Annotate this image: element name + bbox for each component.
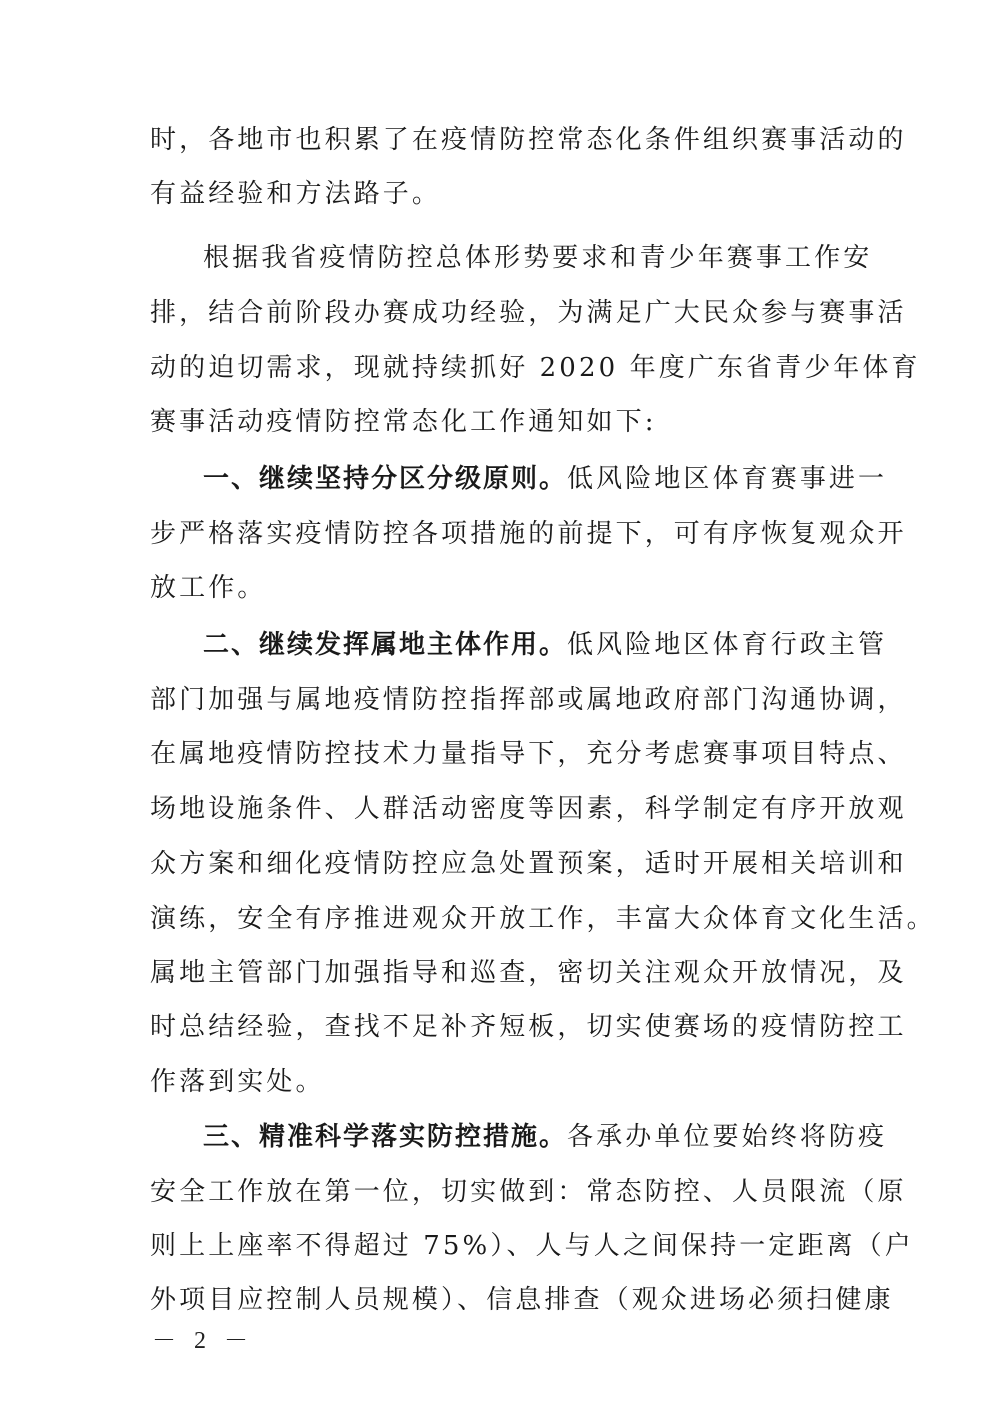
paragraph-line: 时，各地市也积累了在疫情防控常态化条件组织赛事活动的 bbox=[150, 124, 850, 156]
section-heading: 一、继续坚持分区分级原则。 bbox=[203, 464, 567, 494]
paragraph-line: 众方案和细化疫情防控应急处置预案，适时开展相关培训和 bbox=[150, 848, 850, 880]
paragraph-line: 时总结经验，查找不足补齐短板，切实使赛场的疫情防控工 bbox=[150, 1011, 850, 1043]
page-number: － 2 － bbox=[152, 1326, 254, 1356]
paragraph-line: 作落到实处。 bbox=[150, 1066, 850, 1098]
section-text: 低风险地区体育行政主管 bbox=[567, 630, 887, 660]
paragraph-line: 在属地疫情防控技术力量指导下，充分考虑赛事项目特点、 bbox=[150, 738, 850, 770]
section-3-first-line: 三、精准科学落实防控措施。各承办单位要始终将防疫 bbox=[203, 1121, 850, 1153]
paragraph-line: 部门加强与属地疫情防控指挥部或属地政府部门沟通协调， bbox=[150, 684, 850, 716]
paragraph-line: 演练，安全有序推进观众开放工作，丰富大众体育文化生活。 bbox=[150, 903, 850, 935]
paragraph-line: 动的迫切需求，现就持续抓好 2020 年度广东省青少年体育 bbox=[150, 352, 850, 384]
section-2-first-line: 二、继续发挥属地主体作用。低风险地区体育行政主管 bbox=[203, 629, 850, 661]
section-text: 低风险地区体育赛事进一 bbox=[567, 464, 887, 494]
paragraph-line: 根据我省疫情防控总体形势要求和青少年赛事工作安 bbox=[203, 242, 850, 274]
paragraph-line: 放工作。 bbox=[150, 572, 850, 604]
section-text: 各承办单位要始终将防疫 bbox=[567, 1122, 887, 1152]
paragraph-line: 外项目应控制人员规模）、信息排查（观众进场必须扫健康 bbox=[150, 1284, 850, 1316]
paragraph-line: 步严格落实疫情防控各项措施的前提下，可有序恢复观众开 bbox=[150, 518, 850, 550]
section-1-first-line: 一、继续坚持分区分级原则。低风险地区体育赛事进一 bbox=[203, 463, 850, 495]
document-page: 时，各地市也积累了在疫情防控常态化条件组织赛事活动的 有益经验和方法路子。 根据… bbox=[0, 0, 1000, 1415]
paragraph-line: 有益经验和方法路子。 bbox=[150, 178, 850, 210]
paragraph-line: 安全工作放在第一位，切实做到：常态防控、人员限流（原 bbox=[150, 1176, 850, 1208]
paragraph-line: 属地主管部门加强指导和巡查，密切关注观众开放情况，及 bbox=[150, 957, 850, 989]
section-heading: 二、继续发挥属地主体作用。 bbox=[203, 630, 567, 660]
paragraph-line: 则上上座率不得超过 75%）、人与人之间保持一定距离（户 bbox=[150, 1230, 850, 1262]
paragraph-line: 排，结合前阶段办赛成功经验，为满足广大民众参与赛事活 bbox=[150, 297, 850, 329]
paragraph-line: 场地设施条件、人群活动密度等因素，科学制定有序开放观 bbox=[150, 793, 850, 825]
section-heading: 三、精准科学落实防控措施。 bbox=[203, 1122, 567, 1152]
paragraph-line: 赛事活动疫情防控常态化工作通知如下: bbox=[150, 406, 850, 438]
